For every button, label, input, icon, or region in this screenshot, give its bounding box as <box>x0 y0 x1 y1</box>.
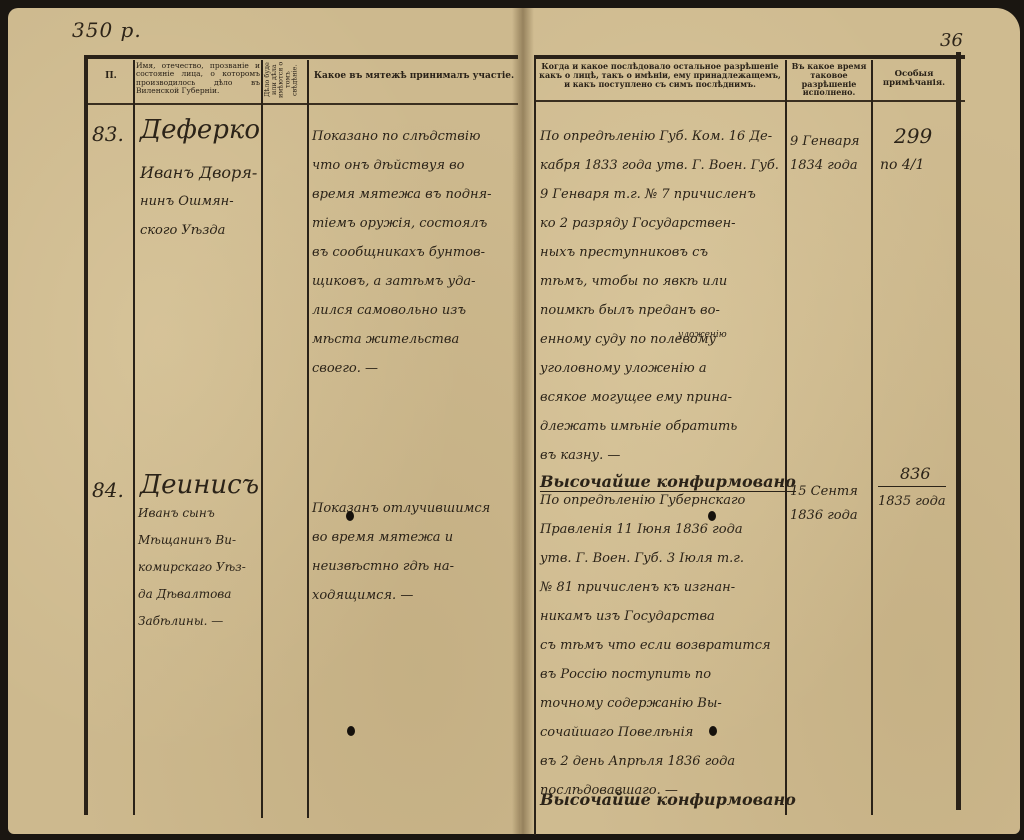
col-rule-4 <box>534 55 536 835</box>
header-col-executed: Въ какое время таковое разрѣшеніе исполн… <box>788 62 870 97</box>
header-top-rule-left <box>86 55 518 59</box>
col-rule-3 <box>307 60 309 818</box>
col-rule-2 <box>261 60 263 818</box>
header-col-notes: Особыя примѣчанія. <box>874 70 954 89</box>
entry-84-executed: 15 Сентя 1836 года <box>790 480 858 528</box>
entry-84-participation: Показанъ отлучившимся во время мятежа и … <box>312 494 490 610</box>
entry-83-surname: Деферко <box>140 115 260 145</box>
header-col-case: Дѣло буде или дѣла имѣются о томъ свѣдѣн… <box>264 60 306 100</box>
header-bottom-rule-right <box>535 100 965 102</box>
header-bottom-rule-left <box>86 103 518 105</box>
entry-83-name-block: Иванъ Дворя- нинъ Ошмян- ского Уѣзда <box>140 158 257 245</box>
entry-83-participation: Показано по слѣдствію что онъ дѣйствуя в… <box>312 122 492 383</box>
entry-84-number: 84. <box>92 478 124 502</box>
entry-83-resolution: По опредѣленію Губ. Ком. 16 Де- кабря 18… <box>540 122 779 470</box>
header-col-resolution: Когда и какое послѣдовало остальное разр… <box>537 62 783 88</box>
binding-hole <box>708 511 716 521</box>
col-rule-5 <box>785 60 787 815</box>
entry-84-name-block: Иванъ сынъ Мѣщанинъ Ви- комирскаго Уѣз- … <box>138 500 246 635</box>
col-rule-1 <box>133 60 135 815</box>
entry-83-number: 83. <box>92 122 124 146</box>
binding-hole <box>346 511 354 521</box>
folio-right: 36 <box>940 30 963 51</box>
book-gutter <box>512 8 534 834</box>
folio-left: 350 р. <box>72 18 142 42</box>
entry-84-resolution: По опредѣленію Губернскаго Правленія 11 … <box>540 486 771 805</box>
header-col-name: Имя, отечество, прозваніе и состояніе ли… <box>136 62 260 95</box>
entry-84-confirmation: Высочайше конфирмовано <box>540 790 796 809</box>
entry-83-notes: 299 по 4/1 <box>880 122 932 180</box>
header-top-rule-right <box>535 55 965 59</box>
header-col-participation: Какое въ мятежѣ принималъ участіе. <box>310 72 518 82</box>
left-border-rule <box>84 55 88 815</box>
entry-84-notes: 836 1835 года <box>878 462 946 516</box>
col-rule-6 <box>871 60 873 815</box>
entry-84-surname: Деинисъ <box>140 470 259 500</box>
entry-83-executed: 9 Генваря 1834 года <box>790 130 860 178</box>
archive-book-spread: 350 р. 36 П. Имя, отечество, прозваніе и… <box>0 0 1024 840</box>
binding-hole <box>347 726 355 736</box>
header-col-number: П. <box>90 72 132 82</box>
right-border-rule <box>956 52 961 810</box>
binding-hole <box>709 726 717 736</box>
entry-83-correction: уложенію <box>678 330 727 340</box>
